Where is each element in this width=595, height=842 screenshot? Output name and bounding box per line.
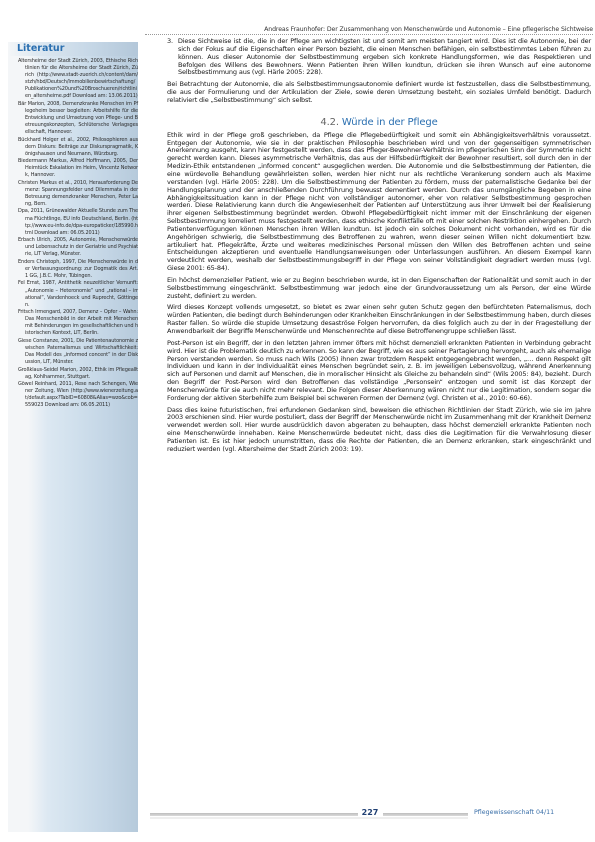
page-number: 227 xyxy=(358,808,382,817)
footer-rule-right xyxy=(383,813,468,816)
footer-rule-shadow xyxy=(150,817,468,819)
running-header: Andreas Fraunhofer: Der Zusammenhang von… xyxy=(145,26,593,35)
section-title-text: Würde in der Pflege xyxy=(342,117,438,128)
reference-item: Fritsch Irmengard, 2007, Demenz – Opfer … xyxy=(18,309,138,337)
reference-item: Christen Markus et al., 2010, Herausford… xyxy=(18,180,138,208)
paragraph: Bei Betrachtung der Autonomie, die als S… xyxy=(167,81,591,105)
reference-item: Fel Ernst, 1987, Antithetik neuzeitliche… xyxy=(18,280,138,308)
paragraph: Ein höchst demenzieller Patient, wie er … xyxy=(167,277,591,301)
paragraph: Ethik wird in der Pflege groß geschriebe… xyxy=(167,132,591,273)
reference-item: Giese Constanze, 2001, Die Patientenauto… xyxy=(18,338,138,366)
reference-item: Bär Marion, 2008, Demenzkranke Menschen … xyxy=(18,101,138,136)
journal-issue: Pflegewissenschaft 04/11 xyxy=(474,809,554,816)
item-number: 3. xyxy=(167,37,173,45)
reference-list: Altersheime der Stadt Zürich, 2003, Ethi… xyxy=(18,58,138,410)
paragraph: Dass dies keine futuristischen, frei erf… xyxy=(167,407,591,454)
paragraph: Wird dieses Konzept vollends umgesetzt, … xyxy=(167,304,591,335)
section-number: 4.2. xyxy=(320,117,338,128)
reference-item: Großklaus-Seidel Marion, 2002, Ethik im … xyxy=(18,367,138,381)
reference-item: Enders Christoph, 1997, Die Menschenwürd… xyxy=(18,259,138,280)
paragraph: Post-Person ist ein Begriff, der in den … xyxy=(167,340,591,403)
reference-item: Altersheime der Stadt Zürich, 2003, Ethi… xyxy=(18,58,138,100)
sidebar-title: Literatur xyxy=(17,43,64,54)
reference-item: Bückhard Holger et al., 2002, Philosophi… xyxy=(18,137,138,158)
section-heading: 4.2. Würde in der Pflege xyxy=(167,117,591,129)
numbered-paragraph: 3. Diese Sichtweise ist die, die in der … xyxy=(167,38,591,77)
running-title: Andreas Fraunhofer: Der Zusammenhang von… xyxy=(264,26,593,33)
footer-rule-left xyxy=(150,813,358,816)
main-text-column: 3. Diese Sichtweise ist die, die in der … xyxy=(167,38,591,458)
reference-item: Biedermann Markus, Alfred Hoffmann, 2005… xyxy=(18,158,138,179)
reference-item: Göwel Reinhard, 2011, Rese nach Schengen… xyxy=(18,381,138,409)
reference-item: Dpa, 2011, Grünewalder Aktuelle Stunde z… xyxy=(18,208,138,236)
reference-item: Erbach Ulrich, 2005, Autonomie, Menschen… xyxy=(18,237,138,258)
item-text: Diese Sichtweise ist die, die in der Pfl… xyxy=(178,37,591,76)
